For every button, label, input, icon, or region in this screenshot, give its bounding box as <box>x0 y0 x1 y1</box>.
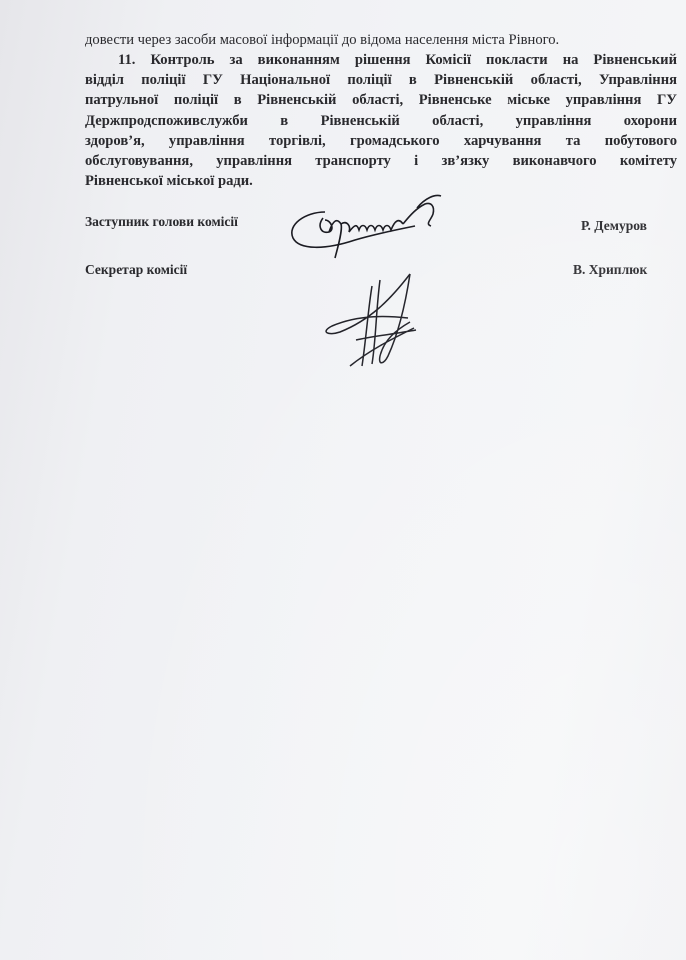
deputy-chair-label: Заступник голови комісії <box>85 214 238 230</box>
paragraph-11-line-3: патрульної поліції в Рівненській області… <box>85 90 677 110</box>
secretary-label: Секретар комісії <box>85 262 187 278</box>
paragraph-line-1: довести через засоби масової інформації … <box>85 30 559 50</box>
secretary-name: В. Хриплюк <box>573 262 647 278</box>
deputy-chair-signature-icon <box>285 190 455 265</box>
paragraph-11-line-7: Рівненської міської ради. <box>85 171 253 191</box>
paragraph-11-line-6: обслуговування, управління транспорту і … <box>85 151 677 171</box>
paragraph-11-line-2: відділ поліції ГУ Національної поліції в… <box>85 70 677 90</box>
paragraph-11-line-1: 11. Контроль за виконанням рішення Коміс… <box>118 50 677 70</box>
paragraph-11-line-4: Держпродспоживслужби в Рівненській облас… <box>85 111 677 131</box>
secretary-signature-icon <box>310 270 440 375</box>
paragraph-11-line-5: здоров’я, управління торгівлі, громадськ… <box>85 131 677 151</box>
document-page: довести через засоби масової інформації … <box>0 0 686 960</box>
deputy-chair-name: Р. Демуров <box>581 218 647 234</box>
